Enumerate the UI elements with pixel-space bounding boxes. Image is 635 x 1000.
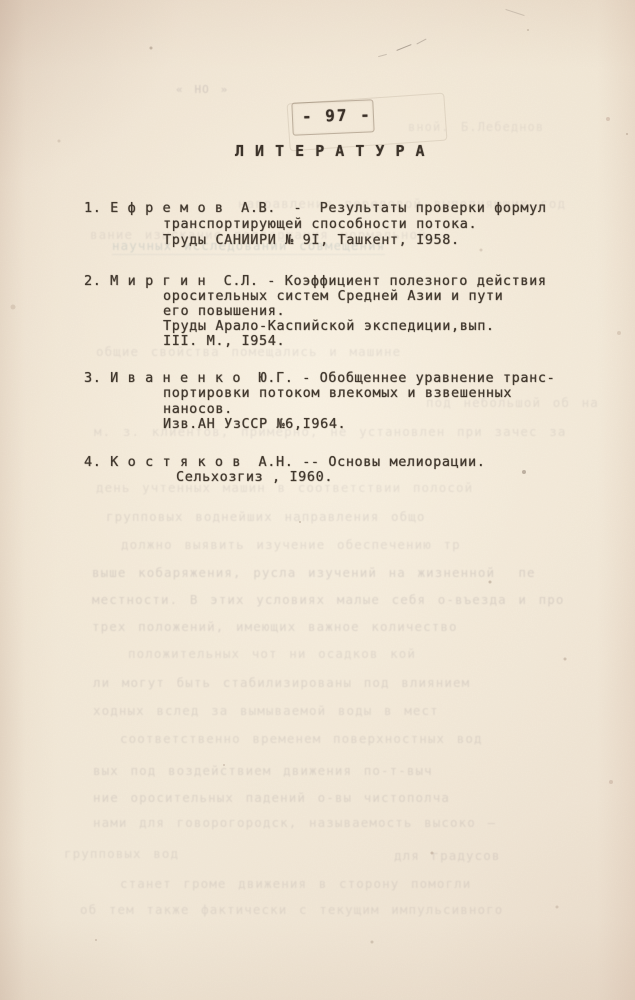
bleedthrough-text: соответственно временем поверхностных во… — [120, 731, 483, 746]
bleedthrough-text: об тем также фактически с текущим импуль… — [80, 902, 503, 917]
bleedthrough-text: вых под воздействием движения по-т-выч — [93, 763, 433, 778]
pencil-mark — [378, 54, 387, 57]
bleedthrough-text: положительных чот ни осадков кой — [128, 646, 416, 661]
bib-entry-line: транспортирующей способности потока. — [163, 217, 477, 233]
bleedthrough-text: ли могут быть стабилизированы под влияни… — [93, 675, 470, 690]
bleedthrough-text: ние оросительных падений о-вы чистополча — [93, 790, 450, 805]
bleedthrough-text: трех положений, имеющих важное количеств… — [92, 619, 458, 634]
bleedthrough-text: групповых вод — [64, 846, 179, 861]
page-title: Л И Т Е Р А Т У Р А — [235, 142, 426, 160]
pencil-mark — [396, 44, 411, 51]
pencil-mark — [505, 9, 524, 16]
bleedthrough-text: « НО » — [176, 83, 228, 96]
bib-entry-line: III. М., I954. — [163, 334, 285, 350]
bib-entry-line: Изв.АН УзССР №6,I964. — [163, 417, 346, 433]
bleedthrough-text: групповых воднейших направления общо — [106, 509, 426, 524]
bleedthrough-text: станет громе движения в сторону помогли — [120, 876, 471, 891]
bleedthrough-text: для градусов — [394, 848, 501, 863]
bib-entry-line: 1. Е ф р е м о в А.В. - Результаты прове… — [84, 201, 547, 217]
page-number-stamp: - 97 - — [288, 96, 458, 148]
bib-entry-line: Труды САНИИРИ № 9I, Ташкент, I958. — [163, 233, 460, 249]
bib-entry-line: Сельхозгиз , I960. — [176, 470, 333, 486]
bib-entry-line: портировки потоком влекомых и взвешенных — [163, 386, 512, 402]
bleedthrough-text: выше кобаряжения, русла изучений на жизн… — [92, 565, 536, 580]
scanned-document-page: « НО » вной. Б.Лебеднов направления пере… — [0, 0, 635, 1000]
bleedthrough-text: должно выявить изучение обеспечению тр — [121, 537, 461, 552]
bleedthrough-text: ходных вслед за вымываемой воды в мест — [93, 703, 439, 718]
pencil-mark — [416, 38, 426, 44]
page-number: - 97 - — [302, 105, 372, 126]
bleedthrough-text: местности. В этих условиях малые себя о-… — [92, 592, 565, 607]
bleedthrough-text: нами для говорогородск, называемость выс… — [93, 815, 496, 830]
paper-specks — [0, 0, 2, 2]
